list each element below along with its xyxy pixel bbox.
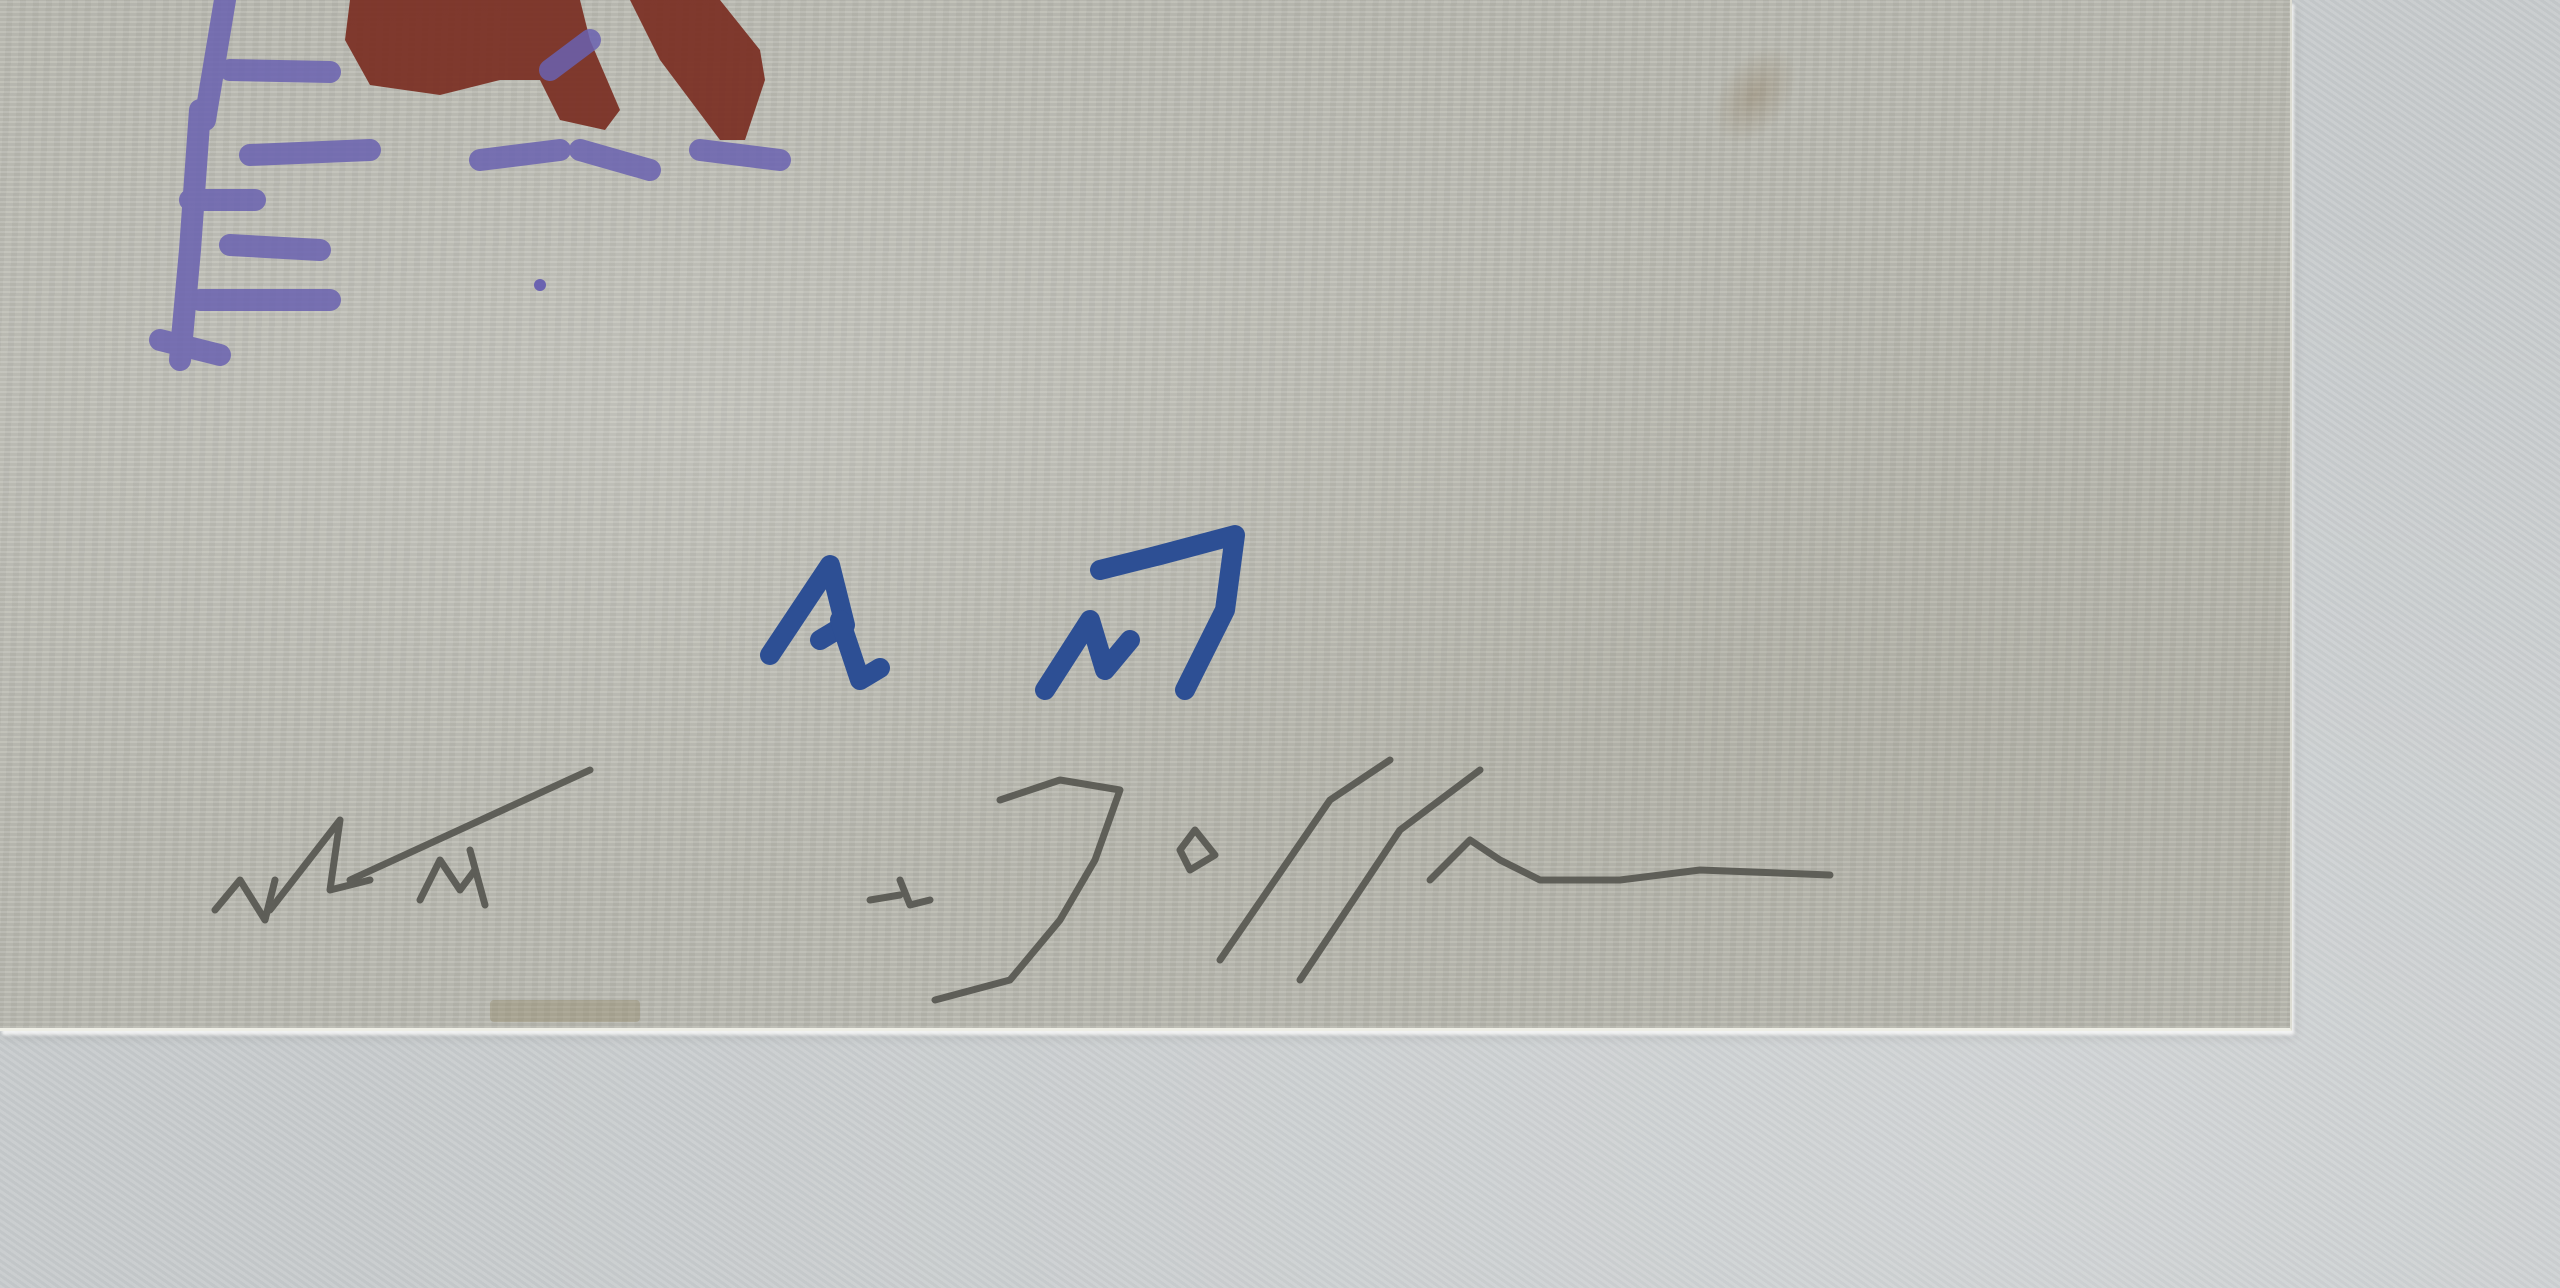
purple-dot [534,279,546,291]
pencil-signature [215,760,1830,1000]
blue-inscription-mark [770,535,1235,690]
artwork-fragment [0,0,2560,1288]
